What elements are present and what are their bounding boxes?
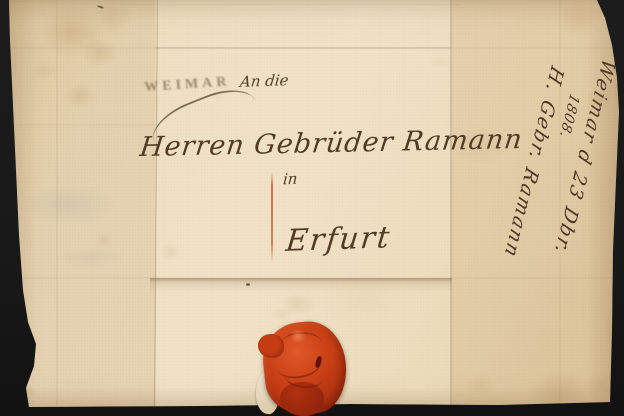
wax-seal [254,320,350,416]
photo-stage: WEIMAR An die Herren Gebrüder Ramann in … [0,0,624,416]
wax-seal-lump [258,334,284,358]
wax-seal-highlight [288,330,308,342]
